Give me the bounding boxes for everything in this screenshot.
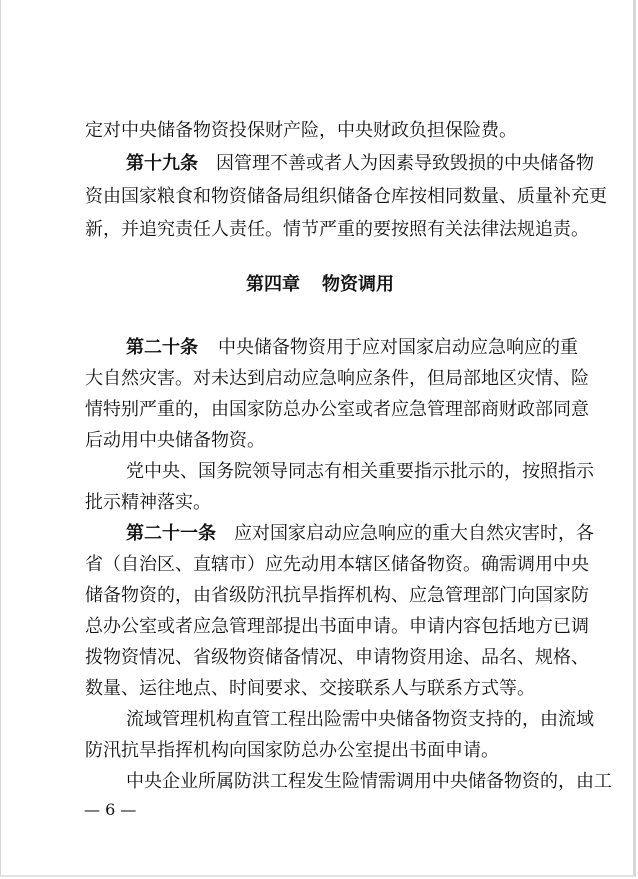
article-label: 第二十条 <box>126 337 198 358</box>
body-line: 定对中央储备物资投保财产险，中央财政负担保险费。 <box>85 116 555 146</box>
body-line: 批示精神落实。 <box>85 488 555 518</box>
article-text: 中央储备物资用于应对国家启动应急响应的重 <box>218 337 578 358</box>
article-text: 应对国家启动应急响应的重大自然灾害时，各 <box>234 523 594 544</box>
body-line: 新，并追究责任人责任。情节严重的要按照有关法律法规追责。 <box>85 215 555 245</box>
body-line: 流域管理机构直管工程出险需中央储备物资支持的，由流域 <box>85 705 555 735</box>
body-line: 拨物资情况、省级物资储备情况、申请物资用途、品名、规格、 <box>85 643 555 673</box>
chapter-number: 第四章 <box>246 274 300 295</box>
body-line: 大自然灾害。对未达到启动应急响应条件，但局部地区灾情、险 <box>85 364 555 394</box>
chapter-title: 物资调用 <box>322 274 394 295</box>
article-21-first-line: 第二十一条应对国家启动应急响应的重大自然灾害时，各 <box>85 519 555 549</box>
article-20-first-line: 第二十条中央储备物资用于应对国家启动应急响应的重 <box>85 333 555 363</box>
article-label: 第二十一条 <box>126 523 216 544</box>
document-page: 定对中央储备物资投保财产险，中央财政负担保险费。 第十九条因管理不善或者人为因素… <box>0 0 636 877</box>
body-line: 总办公室或者应急管理部提出书面申请。申请内容包括地方已调 <box>85 612 555 642</box>
article-19-first-line: 第十九条因管理不善或者人为因素导致毁损的中央储备物 <box>85 149 555 179</box>
body-line: 情特别严重的，由国家防总办公室或者应急管理部商财政部同意 <box>85 395 555 425</box>
body-line: 资由国家粮食和物资储备局组织储备仓库按相同数量、质量补充更 <box>85 182 555 212</box>
article-label: 第十九条 <box>126 153 198 174</box>
body-line: 党中央、国务院领导同志有相关重要指示批示的，按照指示 <box>85 457 555 487</box>
body-line: 防汛抗旱指挥机构向国家防总办公室提出书面申请。 <box>85 736 555 766</box>
body-line: 中央企业所属防洪工程发生险情需调用中央储备物资的，由工 <box>85 767 555 797</box>
page-number: — 6 — <box>84 798 136 822</box>
body-line: 储备物资的，由省级防汛抗旱指挥机构、应急管理部门向国家防 <box>85 581 555 611</box>
chapter-heading: 第四章物资调用 <box>1 270 638 300</box>
body-line: 后动用中央储备物资。 <box>85 426 555 456</box>
body-line: 省（自治区、直辖市）应先动用本辖区储备物资。确需调用中央 <box>85 550 555 580</box>
article-text: 因管理不善或者人为因素导致毁损的中央储备物 <box>216 153 594 174</box>
body-line: 数量、运往地点、时间要求、交接联系人与联系方式等。 <box>85 674 555 704</box>
